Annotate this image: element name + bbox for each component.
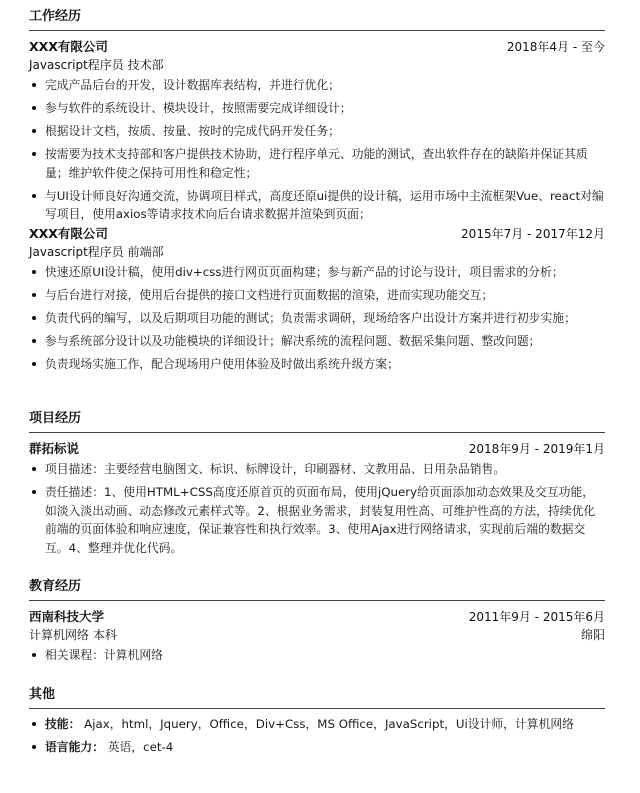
- project-entry: 群拓标说 2018年9月 - 2019年1月 项目描述：主要经营电脑图文、标识、…: [29, 440, 605, 557]
- list-item: 快速还原UI设计稿，使用div+css进行网页页面构建；参与新产品的讨论与设计，…: [29, 263, 605, 282]
- date-range: 2018年4月 - 至今: [507, 38, 605, 56]
- bullet-icon: [32, 362, 36, 366]
- date-range: 2018年9月 - 2019年1月: [469, 440, 605, 458]
- major: 计算机网络 本科: [29, 626, 117, 644]
- bullet-icon: [32, 293, 36, 297]
- bullet-icon: [32, 316, 36, 320]
- list-item-skills: 技能： Ajax，html，Jquery，Office，Div+Css，MS O…: [29, 715, 605, 734]
- list-item: 参与系统部分设计以及功能模块的详细设计；解决系统的流程问题、数据采集问题、整改问…: [29, 332, 605, 351]
- bullet-list: 快速还原UI设计稿，使用div+css进行网页页面构建；参与新产品的讨论与设计，…: [29, 263, 605, 374]
- work-entry: XXX有限公司 2015年7月 - 2017年12月 Javascript程序员…: [29, 225, 605, 374]
- list-item: 完成产品后台的开发，设计数据库表结构，并进行优化；: [29, 76, 605, 95]
- bullet-icon: [32, 83, 36, 87]
- section-title-work: 工作经历: [29, 8, 605, 31]
- bullet-icon: [32, 129, 36, 133]
- list-item: 按需要为技术支持部和客户提供技术协助，进行程序单元、功能的测试，查出软件存在的缺…: [29, 145, 605, 182]
- bullet-icon: [32, 339, 36, 343]
- list-item: 根据设计文档，按质、按量、按时的完成代码开发任务；: [29, 122, 605, 141]
- company-name: XXX有限公司: [29, 38, 108, 56]
- list-item: 责任描述：1、使用HTML+CSS高度还原首页的页面布局，使用jQuery给页面…: [29, 483, 605, 557]
- projects-section: 项目经历 群拓标说 2018年9月 - 2019年1月 项目描述：主要经营电脑图…: [29, 410, 605, 562]
- bullet-list: 相关课程：计算机网络: [29, 646, 605, 665]
- work-entry: XXX有限公司 2018年4月 - 至今 Javascript程序员 技术部 完…: [29, 38, 605, 224]
- education-section: 教育经历 西南科技大学 2011年9月 - 2015年6月 计算机网络 本科 绵…: [29, 578, 605, 669]
- role: Javascript程序员 技术部: [29, 56, 164, 74]
- bullet-icon: [32, 194, 36, 198]
- bullet-icon: [32, 722, 36, 726]
- bullet-icon: [32, 490, 36, 494]
- date-range: 2011年9月 - 2015年6月: [469, 608, 605, 626]
- bullet-icon: [32, 653, 36, 657]
- project-name: 群拓标说: [29, 440, 79, 458]
- list-item: 负责代码的编写，以及后期项目功能的测试；负责需求调研，现场给客户出设计方案并进行…: [29, 309, 605, 328]
- bullet-icon: [32, 106, 36, 110]
- bullet-list: 项目描述：主要经营电脑图文、标识、标牌设计，印刷器材、文教用品、日用杂品销售。 …: [29, 460, 605, 557]
- bullet-icon: [32, 467, 36, 471]
- education-entry: 西南科技大学 2011年9月 - 2015年6月 计算机网络 本科 绵阳 相关课…: [29, 608, 605, 665]
- bullet-icon: [32, 152, 36, 156]
- school-name: 西南科技大学: [29, 608, 104, 626]
- role: Javascript程序员 前端部: [29, 243, 164, 261]
- bullet-list: 完成产品后台的开发，设计数据库表结构，并进行优化； 参与软件的系统设计、模块设计…: [29, 76, 605, 224]
- list-item: 与后台进行对接，使用后台提供的接口文档进行页面数据的渲染，进而实现功能交互；: [29, 286, 605, 305]
- location: 绵阳: [581, 626, 605, 644]
- company-name: XXX有限公司: [29, 225, 108, 243]
- resume-page: 工作经历 XXX有限公司 2018年4月 - 至今 Javascript程序员 …: [0, 0, 640, 793]
- list-item: 相关课程：计算机网络: [29, 646, 605, 665]
- list-item: 参与软件的系统设计、模块设计，按照需要完成详细设计；: [29, 99, 605, 118]
- work-section: 工作经历 XXX有限公司 2018年4月 - 至今 Javascript程序员 …: [29, 8, 605, 378]
- bullet-list: 技能： Ajax，html，Jquery，Office，Div+Css，MS O…: [29, 715, 605, 757]
- section-title-projects: 项目经历: [29, 410, 605, 433]
- bullet-icon: [32, 745, 36, 749]
- list-item: 负责现场实施工作，配合现场用户使用体验及时做出系统升级方案；: [29, 355, 605, 374]
- list-item: 与UI设计师良好沟通交流，协调项目样式，高度还原ui提供的设计稿，运用市场中主流…: [29, 187, 605, 224]
- other-section: 其他 技能： Ajax，html，Jquery，Office，Div+Css，M…: [29, 686, 605, 761]
- section-title-education: 教育经历: [29, 578, 605, 601]
- list-item: 项目描述：主要经营电脑图文、标识、标牌设计，印刷器材、文教用品、日用杂品销售。: [29, 460, 605, 479]
- list-item-languages: 语言能力： 英语，cet-4: [29, 738, 605, 757]
- date-range: 2015年7月 - 2017年12月: [461, 225, 605, 243]
- section-title-other: 其他: [29, 686, 605, 709]
- bullet-icon: [32, 270, 36, 274]
